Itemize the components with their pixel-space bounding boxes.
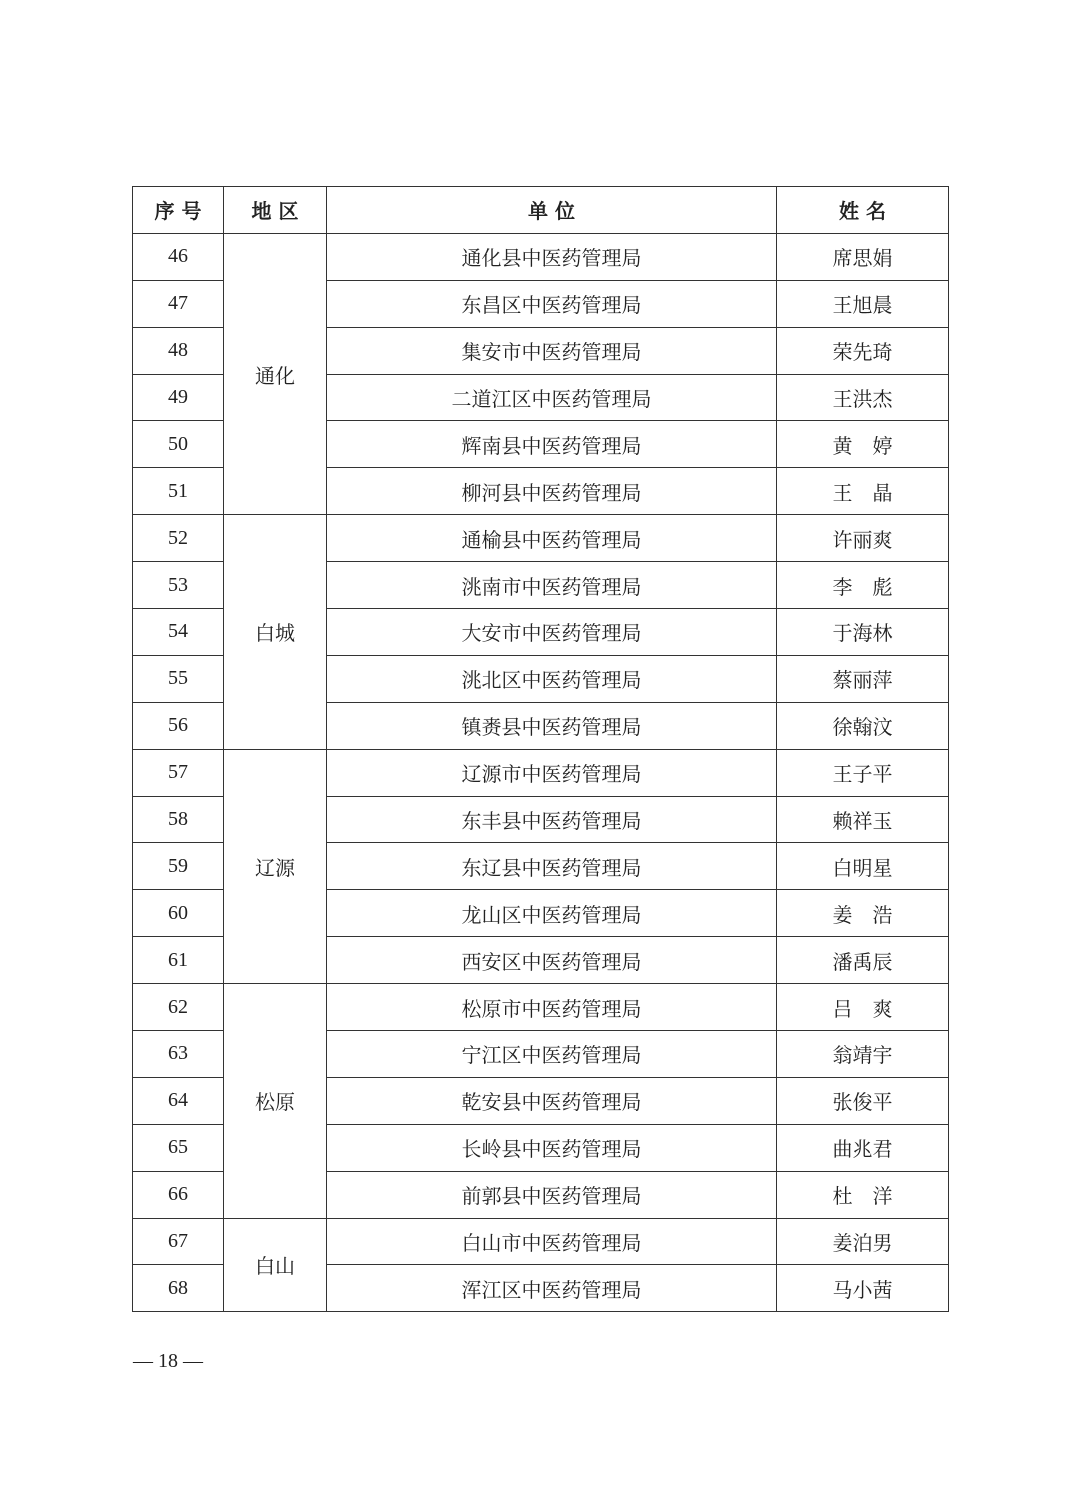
- cell-unit: 龙山区中医药管理局: [327, 890, 777, 937]
- cell-region: 白城: [224, 515, 327, 749]
- cell-serial-number: 68: [133, 1265, 224, 1312]
- cell-region: 白山: [224, 1218, 327, 1312]
- cell-person-name: 于海林: [777, 609, 949, 656]
- cell-person-name: 王旭晨: [777, 280, 949, 327]
- cell-person-name: 潘禹辰: [777, 937, 949, 984]
- cell-unit: 浑江区中医药管理局: [327, 1265, 777, 1312]
- cell-unit: 洮南市中医药管理局: [327, 562, 777, 609]
- cell-person-name: 白明星: [777, 843, 949, 890]
- cell-person-name: 徐翰汶: [777, 702, 949, 749]
- cell-person-name: 曲兆君: [777, 1124, 949, 1171]
- header-unit: 单 位: [327, 187, 777, 234]
- table-header-row: 序 号 地 区 单 位 姓 名: [133, 187, 949, 234]
- cell-unit: 辉南县中医药管理局: [327, 421, 777, 468]
- cell-serial-number: 46: [133, 233, 224, 280]
- cell-serial-number: 52: [133, 515, 224, 562]
- cell-person-name: 翁靖宇: [777, 1031, 949, 1078]
- cell-unit: 松原市中医药管理局: [327, 984, 777, 1031]
- cell-person-name: 姜泊男: [777, 1218, 949, 1265]
- cell-person-name: 蔡丽萍: [777, 655, 949, 702]
- cell-region: 松原: [224, 984, 327, 1218]
- staff-list-table: 序 号 地 区 单 位 姓 名 46通化通化县中医药管理局席思娟47东昌区中医药…: [132, 186, 949, 1312]
- cell-person-name: 黄 婷: [777, 421, 949, 468]
- cell-person-name: 王子平: [777, 749, 949, 796]
- cell-unit: 西安区中医药管理局: [327, 937, 777, 984]
- cell-unit: 宁江区中医药管理局: [327, 1031, 777, 1078]
- cell-person-name: 杜 洋: [777, 1171, 949, 1218]
- cell-unit: 东辽县中医药管理局: [327, 843, 777, 890]
- cell-unit: 东丰县中医药管理局: [327, 796, 777, 843]
- cell-serial-number: 59: [133, 843, 224, 890]
- cell-unit: 大安市中医药管理局: [327, 609, 777, 656]
- cell-person-name: 赖祥玉: [777, 796, 949, 843]
- header-region: 地 区: [224, 187, 327, 234]
- cell-serial-number: 50: [133, 421, 224, 468]
- table-row: 62松原松原市中医药管理局吕 爽: [133, 984, 949, 1031]
- header-serial-number: 序 号: [133, 187, 224, 234]
- cell-person-name: 席思娟: [777, 233, 949, 280]
- cell-unit: 长岭县中医药管理局: [327, 1124, 777, 1171]
- cell-person-name: 王洪杰: [777, 374, 949, 421]
- table-row: 67白山白山市中医药管理局姜泊男: [133, 1218, 949, 1265]
- cell-serial-number: 56: [133, 702, 224, 749]
- cell-unit: 白山市中医药管理局: [327, 1218, 777, 1265]
- cell-serial-number: 49: [133, 374, 224, 421]
- cell-person-name: 姜 浩: [777, 890, 949, 937]
- cell-unit: 洮北区中医药管理局: [327, 655, 777, 702]
- page-number: — 18 —: [133, 1350, 203, 1373]
- cell-person-name: 王 晶: [777, 468, 949, 515]
- cell-serial-number: 64: [133, 1077, 224, 1124]
- cell-unit: 通化县中医药管理局: [327, 233, 777, 280]
- cell-serial-number: 47: [133, 280, 224, 327]
- table-row: 57辽源辽源市中医药管理局王子平: [133, 749, 949, 796]
- cell-unit: 柳河县中医药管理局: [327, 468, 777, 515]
- cell-serial-number: 55: [133, 655, 224, 702]
- cell-serial-number: 67: [133, 1218, 224, 1265]
- cell-serial-number: 62: [133, 984, 224, 1031]
- cell-serial-number: 51: [133, 468, 224, 515]
- cell-serial-number: 53: [133, 562, 224, 609]
- cell-unit: 乾安县中医药管理局: [327, 1077, 777, 1124]
- table-row: 46通化通化县中医药管理局席思娟: [133, 233, 949, 280]
- cell-unit: 前郭县中医药管理局: [327, 1171, 777, 1218]
- cell-serial-number: 66: [133, 1171, 224, 1218]
- cell-unit: 辽源市中医药管理局: [327, 749, 777, 796]
- cell-person-name: 马小茜: [777, 1265, 949, 1312]
- table-row: 52白城通榆县中医药管理局许丽爽: [133, 515, 949, 562]
- cell-serial-number: 54: [133, 609, 224, 656]
- cell-unit: 东昌区中医药管理局: [327, 280, 777, 327]
- cell-serial-number: 61: [133, 937, 224, 984]
- cell-person-name: 李 彪: [777, 562, 949, 609]
- cell-serial-number: 63: [133, 1031, 224, 1078]
- cell-person-name: 许丽爽: [777, 515, 949, 562]
- cell-serial-number: 60: [133, 890, 224, 937]
- cell-serial-number: 48: [133, 327, 224, 374]
- cell-serial-number: 57: [133, 749, 224, 796]
- cell-region: 通化: [224, 233, 327, 514]
- cell-unit: 集安市中医药管理局: [327, 327, 777, 374]
- cell-serial-number: 58: [133, 796, 224, 843]
- header-name: 姓 名: [777, 187, 949, 234]
- cell-serial-number: 65: [133, 1124, 224, 1171]
- cell-unit: 二道江区中医药管理局: [327, 374, 777, 421]
- cell-unit: 镇赉县中医药管理局: [327, 702, 777, 749]
- cell-person-name: 荣先琦: [777, 327, 949, 374]
- table-body: 46通化通化县中医药管理局席思娟47东昌区中医药管理局王旭晨48集安市中医药管理…: [133, 233, 949, 1311]
- cell-unit: 通榆县中医药管理局: [327, 515, 777, 562]
- cell-region: 辽源: [224, 749, 327, 983]
- cell-person-name: 吕 爽: [777, 984, 949, 1031]
- cell-person-name: 张俊平: [777, 1077, 949, 1124]
